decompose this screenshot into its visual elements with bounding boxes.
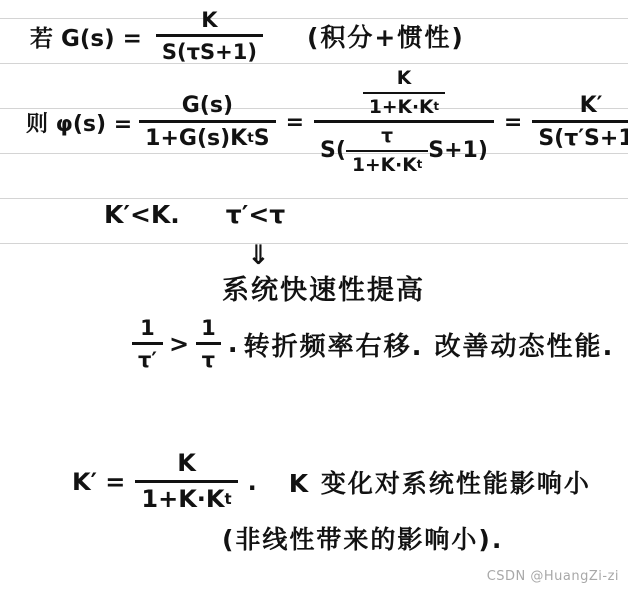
intermediate-fraction: K 1+K·Kt S( τ 1+K·Kt S+1) <box>314 68 494 176</box>
result-denominator: S(τ′S+1) <box>532 120 628 151</box>
k-over-term-denominator: 1+K·Kt <box>363 92 445 119</box>
inverse-tau-fraction: 1 τ <box>195 316 222 372</box>
k-over-term-denominator-sub: t <box>434 101 440 113</box>
nonlinearity-note-text: (非线性带来的影响小). <box>222 520 503 556</box>
result-fraction: K′ S(τ′S+1) <box>532 93 628 152</box>
comparison-line: K′<K. τ′<τ <box>104 200 285 229</box>
trailing-dot: . <box>248 468 257 496</box>
corner-frequency-line: 1 τ′ > 1 τ . 转折频率右移. 改善动态性能. <box>132 316 614 372</box>
implication-arrow: ⇓ <box>247 240 270 271</box>
result-numerator: K′ <box>574 93 609 120</box>
time-constant-comparison: τ′<τ <box>226 200 285 229</box>
k-over-term-denominator-main: 1+K·K <box>369 97 434 119</box>
inverse-tau-prime-fraction: 1 τ′ <box>132 316 163 372</box>
gain-definition-denominator-sub: t <box>225 492 232 507</box>
closed-loop-fraction: G(s) 1+G(s)KtS <box>139 93 275 152</box>
gain-definition-numerator: K <box>171 450 202 480</box>
k-over-term-numerator: K <box>391 68 417 92</box>
nonlinearity-note-line: (非线性带来的影响小). <box>222 520 503 556</box>
gain-definition-denominator: 1+K·Kt <box>135 480 237 514</box>
inverse-tau-prime-denominator: τ′ <box>132 342 163 372</box>
gain-definition-line: K′ = K 1+K·Kt . K 变化对系统性能影响小 <box>72 450 591 513</box>
gain-definition-denominator-main: 1+K·K <box>141 486 224 514</box>
tau-over-term-denominator: 1+K·Kt <box>346 150 428 177</box>
intermediate-numerator-fraction: K 1+K·Kt <box>363 68 445 118</box>
gain-definition-fraction: K 1+K·Kt <box>135 450 237 513</box>
line1-prefix: 若 G(s) = <box>30 20 142 53</box>
separator-dot: . <box>228 329 238 359</box>
inverse-tau-denominator: τ <box>196 342 221 372</box>
greater-than-sign: > <box>169 330 189 358</box>
intermediate-denominator: S( τ 1+K·Kt S+1) <box>314 120 494 176</box>
intermediate-denominator-close: S+1) <box>428 138 488 163</box>
closed-loop-denominator-main: 1+G(s)K <box>145 126 247 151</box>
gain-robustness-text: K 变化对系统性能影响小 <box>289 464 591 500</box>
down-arrow-icon: ⇓ <box>247 240 270 271</box>
tau-over-term-numerator: τ <box>375 126 399 150</box>
formula-line-1: 若 G(s) = K S(τS+1) (积分+惯性) <box>30 8 465 64</box>
closed-loop-denominator-tail: S <box>254 126 270 151</box>
formula-line-2: 则 φ(s) = G(s) 1+G(s)KtS = K 1+K·Kt S( τ <box>26 68 628 176</box>
equals-sign-2: = <box>501 110 525 135</box>
gain-definition-lhs: K′ = <box>72 468 125 496</box>
corner-frequency-text: 转折频率右移. 改善动态性能. <box>244 326 615 363</box>
closed-loop-numerator: G(s) <box>176 93 239 120</box>
handwritten-note-page: 若 G(s) = K S(τS+1) (积分+惯性) 则 φ(s) = G(s)… <box>0 0 628 597</box>
line1-fraction: K S(τS+1) <box>156 8 263 64</box>
conclusion-line: 系统快速性提高 <box>222 268 425 307</box>
conclusion-text: 系统快速性提高 <box>222 268 425 307</box>
tau-over-term-denominator-main: 1+K·K <box>352 155 417 177</box>
closed-loop-denominator: 1+G(s)KtS <box>139 120 275 151</box>
inverse-tau-prime-numerator: 1 <box>134 316 161 342</box>
csdn-watermark: CSDN @HuangZi-zi <box>487 569 619 584</box>
line2-prefix: 则 φ(s) = <box>26 107 132 138</box>
tau-over-term-denominator-sub: t <box>417 159 423 171</box>
gain-comparison: K′<K. <box>104 200 180 229</box>
tau-over-term-fraction: τ 1+K·Kt <box>346 126 428 176</box>
line1-annotation: (积分+惯性) <box>307 18 465 54</box>
intermediate-numerator: K 1+K·Kt <box>357 68 451 120</box>
inverse-tau-numerator: 1 <box>195 316 222 342</box>
equals-sign-1: = <box>283 110 307 135</box>
intermediate-denominator-open: S( <box>320 138 346 163</box>
line1-fraction-denominator: S(τS+1) <box>156 34 263 64</box>
line1-fraction-numerator: K <box>195 8 223 34</box>
